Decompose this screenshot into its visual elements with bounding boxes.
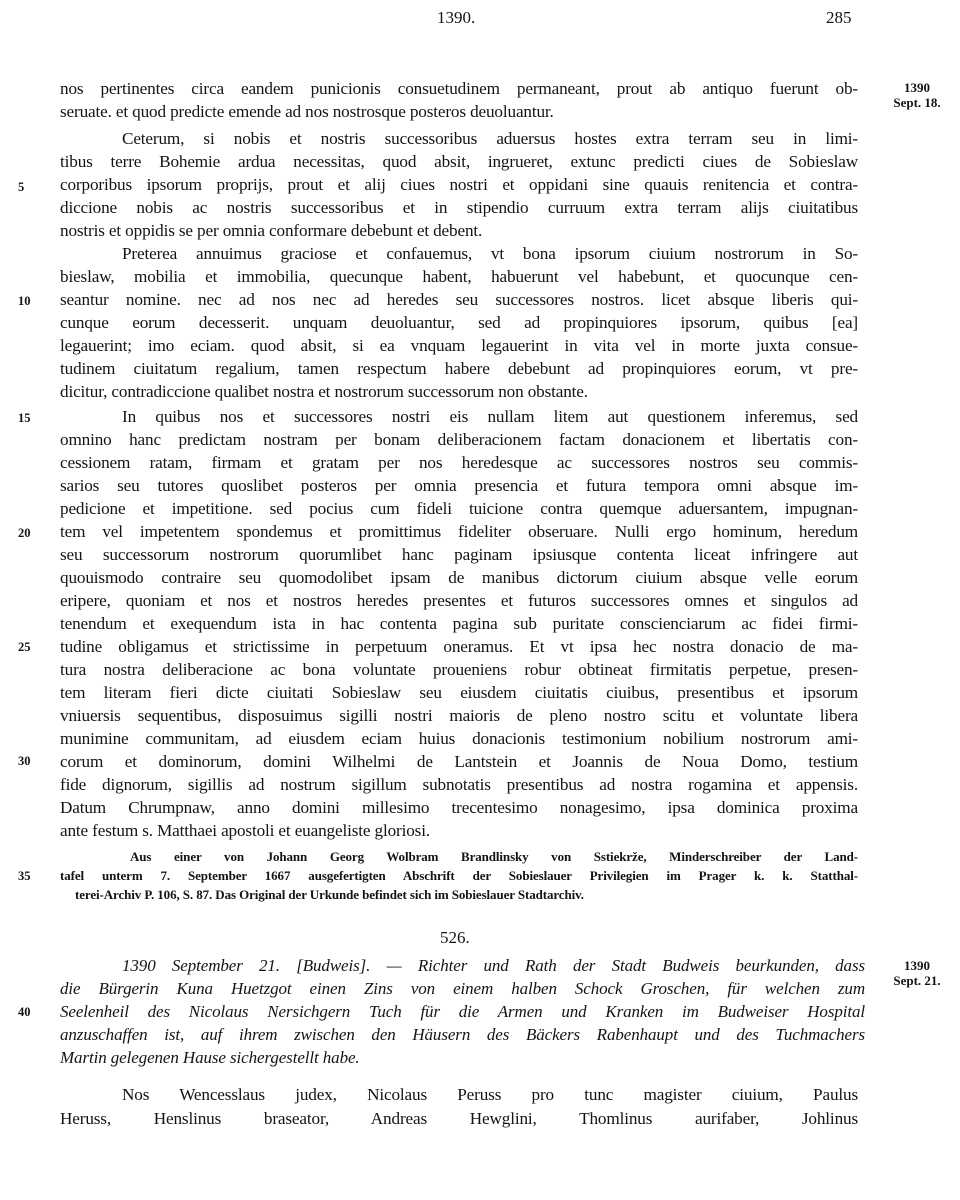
- line-number: 20: [18, 522, 31, 544]
- text-line: dicitur, contradiccione qualibet nostra …: [60, 381, 858, 403]
- margin-date-note: 1390 Sept. 18.: [882, 80, 952, 110]
- text-line: seruate. et quod predicte emende ad nos …: [60, 101, 858, 123]
- text-line: fide dignorum, sigillis ad nostrum sigil…: [60, 774, 858, 796]
- note-line: terei-Archiv P. 106, S. 87. Das Original…: [75, 885, 858, 904]
- text-line: vniuersis sequentibus, disposuimus sigil…: [60, 705, 858, 727]
- margin-note-date: Sept. 18.: [882, 95, 952, 110]
- book-page: 1390. 285 1390 Sept. 18. 1390 Sept. 21. …: [0, 0, 960, 1200]
- text-line: tibus terre Bohemie ardua necessitas, qu…: [60, 151, 858, 173]
- line-number: 35: [18, 865, 31, 887]
- regest-line: 1390 September 21. [Budweis]. — Richter …: [122, 955, 865, 978]
- line-number: 15: [18, 407, 31, 429]
- regest-line: die Bürgerin Kuna Huetzgot einen Zins vo…: [60, 978, 865, 1001]
- text-line: tura nostra deliberacione ac bona volunt…: [60, 659, 858, 681]
- text-line: tudine obligamus et strictissime in perp…: [60, 636, 858, 658]
- margin-note-year: 1390: [882, 958, 952, 973]
- text-line: pedicione et impetitione. sed pocius cum…: [60, 498, 858, 520]
- text-line: omnino hanc predictam nostram per bonam …: [60, 429, 858, 451]
- text-line: Nos Wencesslaus judex, Nicolaus Peruss p…: [122, 1084, 858, 1106]
- line-number: 30: [18, 750, 31, 772]
- line-number: 10: [18, 290, 31, 312]
- line-number: 25: [18, 636, 31, 658]
- text-line: legauerint; imo eciam. quod absit, si ea…: [60, 335, 858, 357]
- text-line: tudinem ciuitatum regalium, tamen respec…: [60, 358, 858, 380]
- margin-date-note: 1390 Sept. 21.: [882, 958, 952, 988]
- text-line: tem vel impetentem spondemus et promitti…: [60, 521, 858, 543]
- line-number: 40: [18, 1001, 31, 1023]
- page-number: 285: [826, 8, 852, 28]
- margin-note-year: 1390: [882, 80, 952, 95]
- regest-line: Seelenheil des Nicolaus Nersichgern Tuch…: [60, 1001, 865, 1024]
- text-line: seu successorum nostrorum quorumlibet ha…: [60, 544, 858, 566]
- text-line: cunque eorum decesserit. unquam deuoluan…: [60, 312, 858, 334]
- text-line: tenendum et exequendum ista in hac conte…: [60, 613, 858, 635]
- text-line: Heruss, Henslinus braseator, Andreas Hew…: [60, 1108, 858, 1130]
- note-line: Aus einer von Johann Georg Wolbram Brand…: [130, 847, 858, 866]
- text-line: Preterea annuimus graciose et confauemus…: [122, 243, 858, 265]
- document-number: 526.: [440, 928, 470, 948]
- text-line: sarios seu tutores quoslibet posteros pe…: [60, 475, 858, 497]
- text-line: Ceterum, si nobis et nostris successorib…: [122, 128, 858, 150]
- line-number: 5: [18, 176, 24, 198]
- margin-note-date: Sept. 21.: [882, 973, 952, 988]
- text-line: Datum Chrumpnaw, anno domini millesimo t…: [60, 797, 858, 819]
- text-line: munimine communitam, ad eiusdem eciam hu…: [60, 728, 858, 750]
- text-line: quouismodo contraire seu quomodolibet ip…: [60, 567, 858, 589]
- text-line: diccione nobis ac nostris successoribus …: [60, 197, 858, 219]
- text-line: cessionem ratam, firmam et gratam per no…: [60, 452, 858, 474]
- text-line: tem literam fieri dicte ciuitati Sobiesl…: [60, 682, 858, 704]
- note-line: tafel unterm 7. September 1667 ausgefert…: [60, 866, 858, 885]
- text-line: corum et dominorum, domini Wilhelmi de L…: [60, 751, 858, 773]
- running-head: 1390. 285: [0, 8, 960, 32]
- text-line: nos pertinentes circa eandem punicionis …: [60, 78, 858, 100]
- regest-line: anzuschaffen ist, auf ihrem zwischen den…: [60, 1024, 865, 1047]
- text-line: nostris et oppidis se per omnia conforma…: [60, 220, 858, 242]
- text-line: eripere, quoniam et nos et nostros hered…: [60, 590, 858, 612]
- regest-line: Martin gelegenen Hause sichergestellt ha…: [60, 1047, 865, 1070]
- text-line: ante festum s. Matthaei apostoli et euan…: [60, 820, 858, 842]
- running-head-year: 1390.: [437, 8, 475, 28]
- text-line: corporibus ipsorum proprijs, prout et al…: [60, 174, 858, 196]
- text-line: bieslaw, mobilia et immobilia, quecunque…: [60, 266, 858, 288]
- text-line: seantur nomine. nec ad nos nec ad herede…: [60, 289, 858, 311]
- text-line: In quibus nos et successores nostri eis …: [122, 406, 858, 428]
